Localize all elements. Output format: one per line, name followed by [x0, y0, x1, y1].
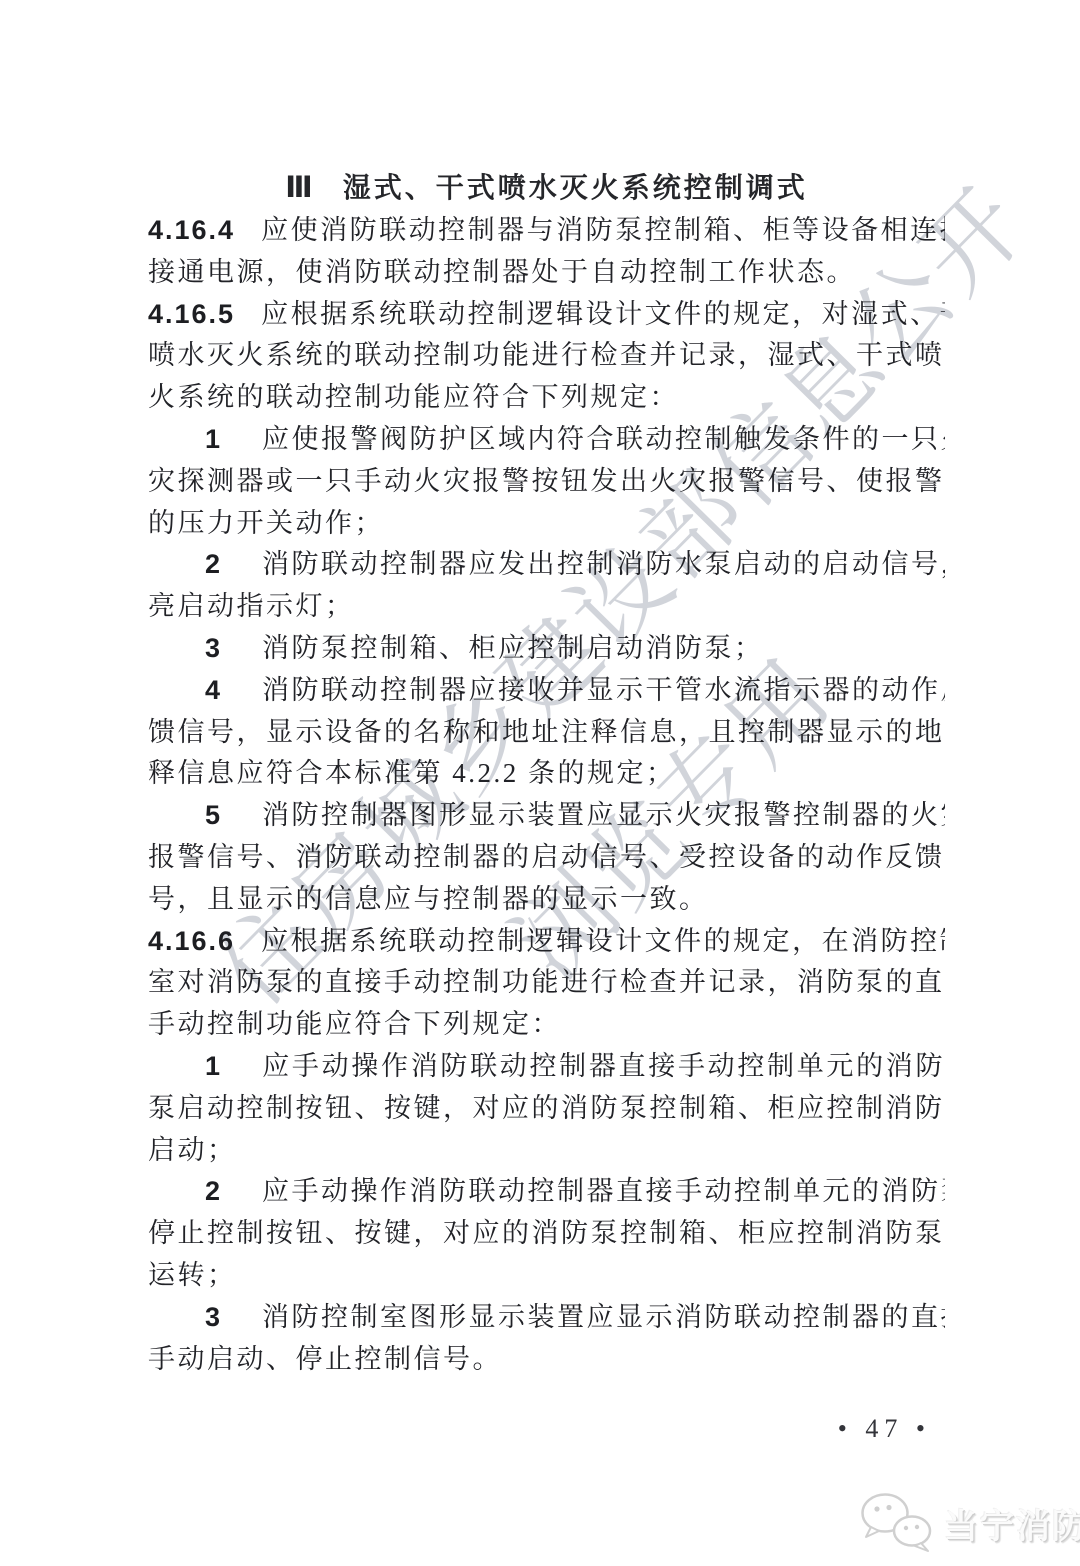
- line-text: 应手动操作消防联动控制器直接手动控制单元的消防: [262, 1051, 945, 1081]
- item-number: 3: [205, 1302, 222, 1332]
- line-text: 消防控制室图形显示装置应显示消防联动控制器的直接: [262, 1302, 945, 1332]
- line-text: 应根据系统联动控制逻辑设计文件的规定，对湿式、干式: [261, 299, 945, 329]
- paragraph-line: 泵启动控制按钮、按键，对应的消防泵控制箱、柜应控制消防泵: [148, 1088, 945, 1130]
- paragraph-line: 馈信号，显示设备的名称和地址注释信息，且控制器显示的地址注: [148, 712, 945, 754]
- paragraph-line: 停止控制按钮、按键，对应的消防泵控制箱、柜应控制消防泵停止: [148, 1213, 945, 1255]
- list-item: 1应使报警阀防护区域内符合联动控制触发条件的一只火 灾探测器或一只手动火灾报警按…: [148, 419, 945, 544]
- document-body: Ⅲ湿式、干式喷水灭火系统控制调式 4.16.4应使消防联动控制器与消防泵控制箱、…: [148, 166, 945, 1380]
- list-item: 3消防泵控制箱、柜应控制启动消防泵；: [148, 628, 945, 670]
- item-number: 2: [205, 1176, 222, 1206]
- list-item: 4消防联动控制器应接收并显示干管水流指示器的动作反 馈信号，显示设备的名称和地址…: [148, 670, 945, 795]
- paragraph-line: 启动；: [148, 1130, 945, 1172]
- line-text: 消防联动控制器应接收并显示干管水流指示器的动作反: [262, 675, 945, 705]
- line-text: 应使消防联动控制器与消防泵控制箱、柜等设备相连接，: [261, 215, 945, 245]
- paragraph-line: 号，且显示的信息应与控制器的显示一致。: [148, 879, 945, 921]
- paragraph-line: 运转；: [148, 1255, 945, 1297]
- item-number: 2: [205, 549, 222, 579]
- paragraph-line: 报警信号、消防联动控制器的启动信号、受控设备的动作反馈信: [148, 837, 945, 879]
- paragraph-line: 灾探测器或一只手动火灾报警按钮发出火灾报警信号、使报警阀: [148, 461, 945, 503]
- section-paragraph: 4.16.5应根据系统联动控制逻辑设计文件的规定，对湿式、干式 喷水灭火系统的联…: [148, 294, 945, 419]
- line-text: 应使报警阀防护区域内符合联动控制触发条件的一只火: [262, 424, 945, 454]
- brand-name: 当宁消防网: [944, 1499, 1080, 1548]
- item-number: 5: [205, 800, 222, 830]
- section-number: 4.16.5: [148, 299, 235, 329]
- paragraph-line: 3消防控制室图形显示装置应显示消防联动控制器的直接: [148, 1297, 945, 1339]
- line-text: 消防联动控制器应发出控制消防水泵启动的启动信号，点: [262, 549, 945, 579]
- line-text: 消防控制器图形显示装置应显示火灾报警控制器的火灾: [262, 800, 945, 830]
- paragraph-line: 4.16.4应使消防联动控制器与消防泵控制箱、柜等设备相连接，: [148, 210, 945, 252]
- item-number: 1: [205, 1051, 222, 1081]
- line-text: 应手动操作消防联动控制器直接手动控制单元的消防泵: [262, 1176, 945, 1206]
- line-text: 消防泵控制箱、柜应控制启动消防泵；: [262, 633, 764, 663]
- list-item: 3消防控制室图形显示装置应显示消防联动控制器的直接 手动启动、停止控制信号。: [148, 1297, 945, 1381]
- chat-bubbles-icon: [858, 1490, 934, 1557]
- paragraph-line: 5消防控制器图形显示装置应显示火灾报警控制器的火灾: [148, 795, 945, 837]
- paragraph-line: 4.16.5应根据系统联动控制逻辑设计文件的规定，对湿式、干式: [148, 294, 945, 336]
- list-item: 2应手动操作消防联动控制器直接手动控制单元的消防泵 停止控制按钮、按键，对应的消…: [148, 1171, 945, 1296]
- paragraph-line: 释信息应符合本标准第 4.2.2 条的规定；: [148, 753, 945, 795]
- paragraph-line: 1应使报警阀防护区域内符合联动控制触发条件的一只火: [148, 419, 945, 461]
- section-number: 4.16.4: [148, 215, 235, 245]
- line-text: 应根据系统联动控制逻辑设计文件的规定，在消防控制: [261, 926, 945, 956]
- list-item: 1应手动操作消防联动控制器直接手动控制单元的消防 泵启动控制按钮、按键，对应的消…: [148, 1046, 945, 1171]
- paragraph-line: 4.16.6应根据系统联动控制逻辑设计文件的规定，在消防控制: [148, 921, 945, 963]
- paragraph-line: 火系统的联动控制功能应符合下列规定：: [148, 377, 945, 419]
- paragraph-line: 的压力开关动作；: [148, 503, 945, 545]
- paragraph-line: 2消防联动控制器应发出控制消防水泵启动的启动信号，点: [148, 544, 945, 586]
- page-number: • 47 •: [148, 1414, 931, 1444]
- brand-logo: 当宁消防网: [858, 1490, 1080, 1557]
- paragraph-line: 1应手动操作消防联动控制器直接手动控制单元的消防: [148, 1046, 945, 1088]
- paragraph-line: 喷水灭火系统的联动控制功能进行检查并记录，湿式、干式喷水灭: [148, 335, 945, 377]
- section-roman-numeral: Ⅲ: [285, 172, 312, 204]
- paragraph-line: 4消防联动控制器应接收并显示干管水流指示器的动作反: [148, 670, 945, 712]
- item-number: 4: [205, 675, 222, 705]
- document-page: { "heading": { "numeral": "Ⅲ", "title": …: [0, 0, 1080, 1566]
- section-number: 4.16.6: [148, 926, 235, 956]
- section-paragraph: 4.16.6应根据系统联动控制逻辑设计文件的规定，在消防控制 室对消防泵的直接手…: [148, 921, 945, 1046]
- paragraph-line: 室对消防泵的直接手动控制功能进行检查并记录，消防泵的直接: [148, 962, 945, 1004]
- item-number: 3: [205, 633, 222, 663]
- section-paragraph: 4.16.4应使消防联动控制器与消防泵控制箱、柜等设备相连接， 接通电源，使消防…: [148, 210, 945, 294]
- page-title-text: 湿式、干式喷水灭火系统控制调式: [343, 172, 808, 203]
- paragraph-line: 手动控制功能应符合下列规定：: [148, 1004, 945, 1046]
- page-title: Ⅲ湿式、干式喷水灭火系统控制调式: [148, 166, 945, 210]
- list-item: 2消防联动控制器应发出控制消防水泵启动的启动信号，点 亮启动指示灯；: [148, 544, 945, 628]
- paragraph-line: 手动启动、停止控制信号。: [148, 1339, 945, 1381]
- paragraph-line: 3消防泵控制箱、柜应控制启动消防泵；: [148, 628, 945, 670]
- list-item: 5消防控制器图形显示装置应显示火灾报警控制器的火灾 报警信号、消防联动控制器的启…: [148, 795, 945, 920]
- paragraph-line: 接通电源，使消防联动控制器处于自动控制工作状态。: [148, 252, 945, 294]
- item-number: 1: [205, 424, 222, 454]
- paragraph-line: 2应手动操作消防联动控制器直接手动控制单元的消防泵: [148, 1171, 945, 1213]
- paragraph-line: 亮启动指示灯；: [148, 586, 945, 628]
